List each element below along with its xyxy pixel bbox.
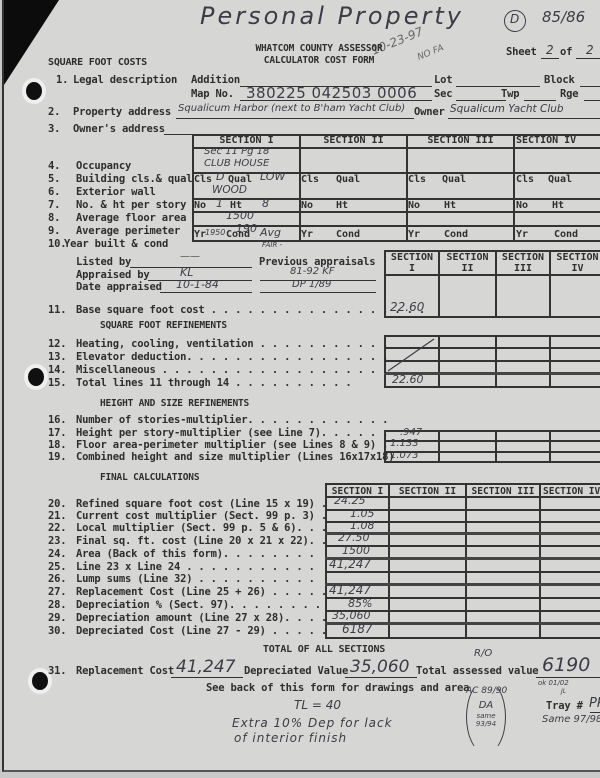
date-appraised-value[interactable]: 10-1-84 — [176, 278, 219, 291]
sheet-label: Sheet — [506, 46, 537, 58]
legal-description-label: Legal description — [73, 74, 177, 86]
line-17-num: 17. — [48, 427, 66, 439]
line-21-num: 21. — [48, 510, 66, 522]
line-24-num: 24. — [48, 548, 66, 560]
qual-label-4: Qual — [548, 174, 572, 185]
table-rule — [192, 240, 600, 242]
section-header-3: SECTION III — [408, 135, 513, 146]
tray-label: Tray # — [546, 700, 583, 712]
extra-dep-note-1: Extra 10% Dep for lack — [232, 716, 393, 730]
base-header-top-2: SECTION — [440, 252, 495, 263]
line-30-value[interactable]: 6187 — [342, 622, 373, 636]
property-address-underline — [176, 118, 414, 119]
replacement-cost-value[interactable]: 41,247 — [176, 657, 235, 677]
line-28-label: Depreciation % (Sect. 97). . . . . . . . — [76, 599, 321, 611]
final-calc-col — [388, 483, 390, 639]
strike-through-slash — [386, 337, 438, 373]
line-23-num: 23. — [48, 535, 66, 547]
line-12-label: Heating, cooling, ventilation . . . . . … — [76, 338, 388, 350]
of-label: of — [560, 46, 572, 58]
qual-label-2: Qual — [336, 174, 360, 185]
assessed-value-underline — [536, 677, 600, 678]
bracket-note-3: same — [466, 712, 506, 720]
line-23-value[interactable]: 27.50 — [338, 531, 370, 544]
stamp-note: NO FA — [416, 43, 445, 63]
line-29-value[interactable]: 35,060 — [332, 609, 371, 622]
cond-value-1[interactable]: Avg — [260, 226, 281, 239]
depreciated-value-label: Depreciated Value — [244, 665, 348, 677]
line-17-label: Height per story-multiplier (see Line 7)… — [76, 427, 388, 439]
no-label-3: No — [408, 200, 420, 211]
assessed-value-label: Total assessed value — [416, 665, 538, 677]
appraised-by-label: Appraised by — [76, 269, 149, 281]
line-17-value[interactable]: .947 — [400, 427, 422, 438]
line-13-label: Elevator deduction. . . . . . . . . . . … — [76, 351, 388, 363]
rge-field[interactable] — [584, 100, 600, 101]
totals-title: TOTAL OF ALL SECTIONS — [204, 644, 444, 655]
handwritten-title: Personal Property — [200, 2, 464, 30]
refinements-col — [549, 335, 551, 388]
assessed-initials: JL — [561, 688, 566, 695]
line-27-label: Replacement Cost (Line 25 + 26) . . . . … — [76, 586, 327, 598]
org-line-2: CALCULATOR COST FORM — [244, 55, 394, 66]
line-16-num: 16. — [48, 414, 66, 426]
no-value-1[interactable]: 1 — [216, 197, 223, 210]
line-12-num: 12. — [48, 338, 66, 350]
depreciated-value-underline — [345, 677, 417, 678]
yr-label-2: Yr — [301, 229, 313, 240]
section-header-2: SECTION II — [301, 135, 406, 146]
line-18-label: Floor area-perimeter multiplier (see Lin… — [76, 439, 388, 451]
exterior-wall-value[interactable]: WOOD — [212, 184, 247, 196]
line-4-num: 4. — [48, 160, 60, 172]
circled-letter-text: D — [510, 12, 519, 26]
line-21-label: Current cost multiplier (Sect. 99 p. 3) … — [76, 510, 327, 522]
yr-label-4: Yr — [516, 229, 528, 240]
bracket-note-1: AC 89/90 — [466, 686, 506, 696]
sheet-total: 2 — [586, 43, 594, 57]
base-cost-value[interactable]: 22.60 — [390, 300, 424, 314]
tl-note: TL = 40 — [294, 698, 341, 712]
base-table-rule — [384, 274, 600, 276]
listed-by-value: —— — [180, 251, 200, 262]
line-27-value[interactable]: 41,247 — [329, 583, 371, 597]
line-28-num: 28. — [48, 599, 66, 611]
line-20-label: Refined square foot cost (Line 15 x 19) … — [76, 498, 327, 510]
no-label-2: No — [301, 200, 313, 211]
line-31-num: 31. — [48, 665, 66, 677]
line-30-num: 30. — [48, 625, 66, 637]
line-25-num: 25. — [48, 561, 66, 573]
previous-appraisal-2[interactable]: DP 1/89 — [292, 279, 331, 290]
tray-underline — [590, 712, 600, 713]
line-25-value[interactable]: 41,247 — [329, 557, 371, 571]
ht-label-2: Ht — [336, 200, 348, 211]
line-26-num: 26. — [48, 573, 66, 585]
height-size-col — [495, 430, 497, 463]
base-header-top-1: SECTION — [386, 252, 438, 263]
base-header-bottom-2: II — [440, 263, 495, 274]
final-rule — [325, 571, 600, 573]
line-8-num: 8. — [48, 212, 60, 224]
punch-hole-middle — [28, 368, 44, 386]
tray-value[interactable]: PP — [589, 696, 600, 711]
twp-field[interactable] — [524, 100, 556, 101]
line-20-value[interactable]: 24.25 — [334, 494, 366, 507]
yr-value-1[interactable]: 1950 — [205, 228, 225, 237]
listed-by-label: Listed by — [76, 256, 131, 268]
refinements-col — [438, 335, 440, 388]
cond-label-1: Cond — [226, 229, 250, 240]
sec-label: Sec — [434, 88, 452, 100]
line-16-label: Number of stories-multiplier. . . . . . … — [76, 414, 388, 426]
height-size-col — [549, 430, 551, 463]
line-24-label: Area (Back of this form). . . . . . . . — [76, 548, 315, 560]
line-19-label: Combined height and size multiplier (Lin… — [76, 451, 394, 463]
owner-value[interactable]: Squalicum Yacht Club — [450, 103, 564, 115]
block-label: Block — [544, 74, 575, 86]
base-cost-label: Base square foot cost . . . . . . . . . … — [76, 304, 425, 316]
ht-label-3: Ht — [444, 200, 456, 211]
line-11-num: 11. — [48, 304, 66, 316]
replacement-cost-label: Replacement Cost — [76, 665, 174, 677]
no-label-1: No — [194, 200, 206, 211]
table-rule — [192, 198, 600, 200]
lot-field[interactable] — [456, 86, 540, 87]
final-calc-title: FINAL CALCULATIONS — [100, 472, 199, 483]
section-header-4: SECTION IV — [516, 135, 576, 146]
line-14-label: Miscellaneous . . . . . . . . . . . . . … — [76, 364, 388, 376]
form-left-title: SQUARE FOOT COSTS — [48, 57, 147, 68]
same-note: Same 97/98 — [542, 714, 600, 725]
cls-value-1[interactable]: D — [216, 170, 224, 183]
line-6-num: 6. — [48, 186, 60, 198]
org-line-1: WHATCOM COUNTY ASSESSOR — [244, 43, 394, 54]
map-no-value[interactable]: 380225 042503 0006 — [246, 84, 417, 102]
line-18-num: 18. — [48, 439, 66, 451]
final-calc-col — [539, 483, 541, 639]
line-15-num: 15. — [48, 377, 66, 389]
assessed-value[interactable]: 6190 — [542, 654, 590, 676]
cls-label-3: Cls — [408, 174, 426, 185]
line-15-label: Total lines 11 through 14 . . . . . . . … — [76, 377, 351, 389]
occupancy-label: Occupancy — [76, 160, 131, 172]
bracket-note-2: DA — [466, 700, 506, 711]
yr-label-3: Yr — [408, 229, 420, 240]
sheet-num: 2 — [546, 43, 554, 57]
line-18-value[interactable]: 1.133 — [390, 438, 419, 449]
qual-value-1[interactable]: LOW — [260, 170, 285, 183]
line-19-num: 19. — [48, 451, 66, 463]
cls-label-2: Cls — [301, 174, 319, 185]
line-19-value[interactable]: 1.073 — [390, 450, 419, 461]
ht-label-4: Ht — [552, 200, 564, 211]
line-14-num: 14. — [48, 364, 66, 376]
property-address-label: Property address — [73, 106, 171, 118]
punch-hole-top — [26, 82, 42, 100]
exterior-wall-label: Exterior wall — [76, 186, 156, 198]
refinements-title: SQUARE FOOT REFINEMENTS — [100, 320, 227, 331]
depreciated-value[interactable]: 35,060 — [350, 657, 409, 677]
line-22-label: Local multiplier (Sect. 99 p. 5 & 6). . … — [76, 522, 327, 534]
extra-dep-note-2: of interior finish — [234, 731, 347, 745]
floor-area-value[interactable]: 1500 — [226, 209, 254, 222]
refinements-col — [495, 335, 497, 388]
line-7-num: 7. — [48, 199, 60, 211]
cond-label-3: Cond — [444, 229, 468, 240]
previous-appraisal-1[interactable]: 81-92 KF — [290, 266, 335, 277]
owner-label: Owner — [414, 106, 445, 118]
owner-address-label: Owner's address — [73, 123, 165, 135]
line-29-num: 29. — [48, 612, 66, 624]
building-class-label: Building cls.& qual — [76, 173, 192, 185]
back-of-form-note: See back of this form for drawings and a… — [206, 682, 469, 694]
cond-note: FAIR - — [262, 241, 282, 249]
map-no-label: Map No. — [191, 88, 234, 100]
occupancy-value[interactable]: Sec 11 Pg 18 CLUB HOUSE — [204, 146, 274, 170]
line-29-label: Depreciation amount (Line 27 x 28). . . … — [76, 612, 327, 624]
qual-label-3: Qual — [442, 174, 466, 185]
folded-corner — [4, 0, 59, 85]
cond-label-2: Cond — [336, 229, 360, 240]
year-built-label: Year built & cond — [64, 238, 168, 250]
no-label-4: No — [516, 200, 528, 211]
line-27-num: 27. — [48, 586, 66, 598]
line-1-num: 1. — [56, 74, 68, 86]
line-3-num: 3. — [48, 123, 60, 135]
property-address-value[interactable]: Squalicum Harbor (next to B'ham Yacht Cl… — [178, 103, 405, 114]
ht-value-1[interactable]: 8 — [262, 197, 269, 210]
addition-label: Addition — [191, 74, 240, 86]
twp-label: Twp — [501, 88, 519, 100]
cond-label-4: Cond — [554, 229, 578, 240]
final-calc-col — [465, 483, 467, 639]
block-field[interactable] — [580, 86, 600, 87]
sheet-total-underline — [576, 58, 600, 59]
line-26-label: Lump sums (Line 32) . . . . . . . . . . — [76, 573, 315, 585]
line-9-num: 9. — [48, 225, 60, 237]
line-20-num: 20. — [48, 498, 66, 510]
year-range: 85/86 — [542, 8, 585, 26]
punch-hole-bottom — [32, 672, 48, 690]
owner-underline — [448, 118, 600, 119]
table-rule — [192, 172, 600, 174]
line-25-label: Line 23 x Line 24 . . . . . . . . . . . — [76, 561, 315, 573]
line-13-num: 13. — [48, 351, 66, 363]
assessed-ok-note: ok 01/02 — [538, 679, 569, 687]
story-label: No. & ht per story — [76, 199, 186, 211]
cls-label-1: Cls — [194, 174, 212, 185]
height-size-col — [438, 430, 440, 463]
line-15-value[interactable]: 22.60 — [392, 373, 424, 386]
line-30-label: Depreciated Cost (Line 27 - 29) . . . . … — [76, 625, 327, 637]
rge-label: Rge — [560, 88, 578, 100]
line-2-num: 2. — [48, 106, 60, 118]
section-header-1: SECTION I — [194, 135, 299, 146]
base-header-bottom-4: IV — [551, 263, 600, 274]
cls-label-4: Cls — [516, 174, 534, 185]
date-appraised-underline — [160, 292, 252, 293]
base-header-top-4: SECTION — [551, 252, 600, 263]
line-5-num: 5. — [48, 173, 60, 185]
replacement-cost-underline — [171, 677, 243, 678]
floor-area-label: Average floor area — [76, 212, 186, 224]
bracket-note-4: 93/94 — [466, 720, 506, 728]
sec-field[interactable] — [456, 100, 506, 101]
assessed-note: R/O — [474, 648, 492, 659]
date-appraised-label: Date appraised — [76, 281, 162, 293]
perimeter-label: Average perimeter — [76, 225, 180, 237]
final-rule — [325, 496, 600, 498]
base-header-top-3: SECTION — [497, 252, 549, 263]
scanned-form-page: Personal Property D 85/86 10-23-97 NO FA… — [2, 0, 600, 772]
lot-label: Lot — [434, 74, 452, 86]
line-24-value[interactable]: 1500 — [342, 544, 370, 557]
height-size-title: HEIGHT AND SIZE REFINEMENTS — [100, 398, 249, 409]
base-header-bottom-3: III — [497, 263, 549, 274]
previous-appraisal-2-underline — [260, 292, 376, 293]
base-header-bottom-1: I — [386, 263, 438, 274]
sheet-num-underline — [541, 58, 559, 59]
line-22-num: 22. — [48, 522, 66, 534]
line-23-label: Final sq. ft. cost (Line 20 x 21 x 22). … — [76, 535, 327, 547]
